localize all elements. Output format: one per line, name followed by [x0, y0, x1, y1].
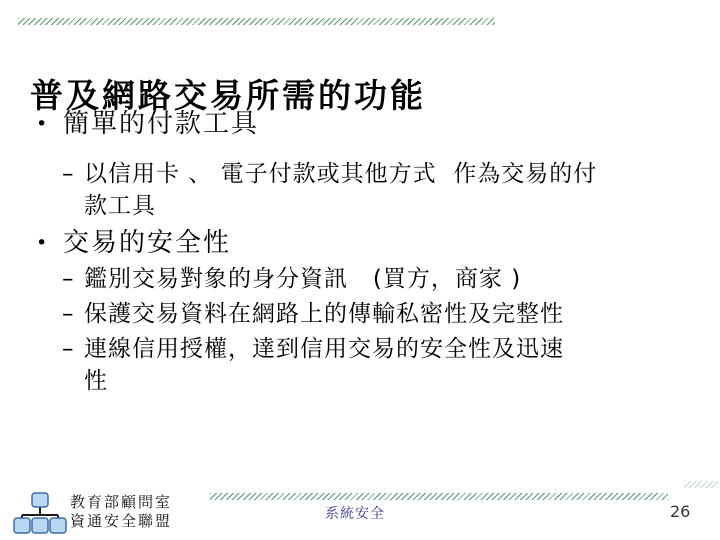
bullet-text: 以信用卡 、 電子付款或其他方式 作為交易的付 款工具 — [84, 158, 597, 222]
dash-marker: – — [62, 158, 84, 190]
logo-text-line2: 資通安全聯盟 — [70, 512, 172, 530]
dash-marker: – — [62, 298, 84, 330]
bullet-text: 簡單的付款工具 — [63, 106, 259, 142]
sub-bullet-item: –保護交易資料在網路上的傳輸私密性及完整性 — [62, 298, 710, 330]
bullet-marker: • — [36, 225, 63, 261]
dash-marker: – — [62, 333, 84, 365]
bullet-text: 保護交易資料在網路上的傳輸私密性及完整性 — [84, 298, 564, 330]
sub-bullet-item: –連線信用授權，達到信用交易的安全性及迅速 性 — [62, 333, 710, 397]
bullet-text: 連線信用授權，達到信用交易的安全性及迅速 性 — [84, 333, 564, 397]
sub-bullet-item: –鑑別交易對象的身分資訊 (買方，商家 ) — [62, 263, 710, 295]
organization-logo: 教育部顧問室資通安全聯盟 — [12, 491, 172, 537]
bullet-list: •簡單的付款工具–以信用卡 、 電子付款或其他方式 作為交易的付 款工具•交易的… — [36, 106, 710, 400]
page-number: 26 — [670, 502, 690, 521]
footer-label: 系統安全 — [325, 503, 385, 523]
footer-hatch-rule — [210, 493, 668, 500]
logo-text: 教育部顧問室資通安全聯盟 — [70, 493, 172, 531]
presentation-slide: 普及網路交易所需的功能 •簡單的付款工具–以信用卡 、 電子付款或其他方式 作為… — [0, 0, 720, 540]
footer-hatch-rule-faint — [684, 481, 718, 488]
bullet-text: 交易的安全性 — [63, 225, 231, 261]
bullet-marker: • — [36, 106, 63, 142]
org-chart-icon — [12, 491, 68, 537]
top-hatch-rule — [18, 18, 495, 25]
bullet-item: •交易的安全性 — [36, 225, 710, 261]
bullet-item: •簡單的付款工具 — [36, 106, 710, 142]
bullet-text: 鑑別交易對象的身分資訊 (買方，商家 ) — [84, 263, 521, 295]
logo-text-line1: 教育部顧問室 — [70, 493, 172, 511]
dash-marker: – — [62, 263, 84, 295]
sub-bullet-item: –以信用卡 、 電子付款或其他方式 作為交易的付 款工具 — [62, 158, 710, 222]
